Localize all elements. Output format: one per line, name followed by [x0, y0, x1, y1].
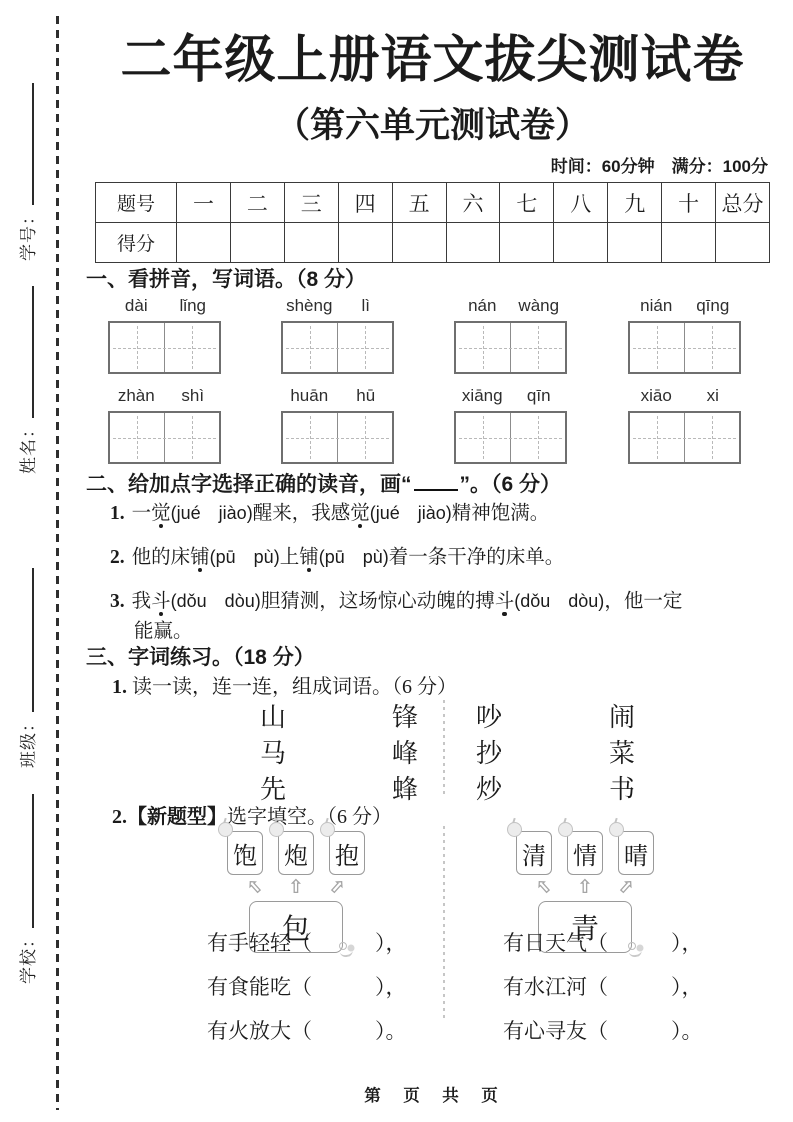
pinyin-syllable: xiāng	[454, 386, 511, 408]
balloon-icon	[507, 822, 522, 837]
emphasized-char: 觉	[151, 503, 171, 524]
option-card: 情	[567, 831, 603, 875]
new-question-type-tag: 【新题型】	[127, 806, 227, 828]
pinyin-label: niánqīng	[628, 296, 741, 318]
grid-cell	[283, 413, 338, 462]
pinyin-word-group: xiāoxi	[628, 386, 741, 464]
pinyin-label: xiāngqīn	[454, 386, 567, 408]
grid-cell	[338, 413, 392, 462]
pinyin-syllable: lì	[338, 296, 395, 318]
pinyin-options: (dǒu dòu)	[171, 591, 261, 611]
pinyin-syllable: nán	[454, 296, 511, 318]
fill-line: 有手轻轻（ ），	[207, 921, 407, 965]
score-column-header: 三	[284, 183, 338, 223]
pinyin-label: dàilǐng	[108, 296, 221, 318]
fill-in-line	[19, 83, 34, 205]
option-card: 清	[516, 831, 552, 875]
writing-grid-box	[281, 411, 394, 464]
up-arrow-icon: ⇧	[612, 875, 637, 901]
item-number: 2.	[110, 547, 125, 568]
question-item: 1.一觉(jué jiào)醒来，我感觉(jué jiào)精神饱满。	[110, 498, 762, 529]
side-label-text: 学校：	[14, 930, 39, 984]
emphasized-char: 铺	[299, 547, 319, 568]
score-column-header: 七	[500, 183, 554, 223]
pinyin-word-group: dàilǐng	[108, 296, 221, 374]
option-cards: 清情晴	[500, 831, 670, 875]
balloon-icon	[218, 822, 233, 837]
score-cell	[716, 223, 770, 263]
match-char: 炒	[472, 772, 506, 808]
pinyin-syllable: dài	[108, 296, 165, 318]
up-arrow-icon: ⇧	[577, 878, 593, 898]
item-number: 3.	[110, 591, 125, 612]
option-char: 抱	[335, 836, 359, 871]
score-cell	[338, 223, 392, 263]
section2-title: 二、给加点字选择正确的读音，画“”。（6 分）	[86, 468, 561, 498]
score-cell	[554, 223, 608, 263]
fill-sentences: 有日天气（ ），有水江河（ ），有心寻友（ ）。	[503, 921, 703, 1053]
grid-cell	[338, 323, 392, 372]
side-label-school: 学校：	[15, 794, 37, 984]
fill-in-line	[19, 794, 34, 928]
arrows-row: ⇧⇧⇧	[211, 878, 381, 898]
grid-cell	[456, 413, 511, 462]
balloon-icon	[269, 822, 284, 837]
section2-title-pre: 二、给加点字选择正确的读音，画“	[86, 473, 412, 496]
match-char: 山	[256, 700, 290, 736]
up-arrow-icon: ⇧	[243, 875, 268, 901]
fill-line: 有心寻友（ ）。	[503, 1009, 703, 1053]
section1-title: 一、看拼音，写词语。（8 分）	[86, 263, 366, 293]
match-column: 锋峰蜂	[388, 700, 422, 808]
grid-cell	[511, 413, 565, 462]
emphasized-char: 斗	[495, 591, 515, 612]
match-column: 吵抄炒	[472, 700, 506, 808]
pinyin-syllable: hū	[338, 386, 395, 408]
pinyin-word-group: huānhū	[281, 386, 394, 464]
pinyin-syllable: zhàn	[108, 386, 165, 408]
match-char: 抄	[472, 736, 506, 772]
pinyin-syllable: qīng	[685, 296, 742, 318]
balloon-icon	[609, 822, 624, 837]
writing-grid-box	[281, 321, 394, 374]
item-number: 1.	[112, 676, 127, 698]
paper-body: 二年级上册语文拔尖测试卷 （第六单元测试卷） 时间：60分钟 满分：100分 题…	[95, 0, 770, 1122]
grid-cell	[110, 323, 165, 372]
match-char: 先	[256, 772, 290, 808]
score-cell	[284, 223, 338, 263]
option-card: 抱	[329, 831, 365, 875]
score-table: 题号 一二三四五六七八九十总分 得分	[95, 182, 770, 263]
match-divider	[443, 700, 445, 794]
score-column-header: 八	[554, 183, 608, 223]
side-label-class: 班级：	[15, 568, 37, 768]
fill-line: 有水江河（ ），	[503, 965, 703, 1009]
option-char: 饱	[233, 836, 257, 871]
score-table-score-row: 得分	[96, 223, 770, 263]
pinyin-label: zhànshì	[108, 386, 221, 408]
pinyin-syllable: nián	[628, 296, 685, 318]
fill-line: 有火放大（ ）。	[207, 1009, 407, 1053]
pinyin-label: xiāoxi	[628, 386, 741, 408]
fill-in-line	[19, 568, 34, 712]
item-text: 选字填空。（6 分）	[227, 806, 392, 828]
score-column-header: 四	[338, 183, 392, 223]
pinyin-syllable: shì	[165, 386, 222, 408]
match-char: 马	[256, 736, 290, 772]
option-card: 饱	[227, 831, 263, 875]
pinyin-options: (dǒu dòu)	[514, 591, 604, 611]
option-cards: 饱炮抱	[211, 831, 381, 875]
grid-cell	[165, 323, 219, 372]
writing-grid-box	[454, 411, 567, 464]
score-cell	[446, 223, 500, 263]
pinyin-word-group: shènglì	[281, 296, 394, 374]
writing-grid-box	[454, 321, 567, 374]
fill-line: 有食能吃（ ），	[207, 965, 407, 1009]
item-number: 1.	[110, 503, 125, 524]
side-label-student-id: 学号：	[15, 83, 37, 261]
time-score-info: 时间：60分钟 满分：100分	[551, 152, 768, 177]
grid-cell	[685, 413, 739, 462]
grid-cell	[110, 413, 165, 462]
score-column-header: 一	[177, 183, 231, 223]
pinyin-options: (pū pù)	[210, 547, 280, 567]
item-text: 读一读，连一连，组成词语。（6 分）	[132, 676, 457, 698]
side-label-text: 班级：	[14, 714, 39, 768]
side-label-text: 学号：	[14, 207, 39, 261]
pinyin-options: (pū pù)	[319, 547, 389, 567]
option-card: 晴	[618, 831, 654, 875]
score-table-header-row: 题号 一二三四五六七八九十总分	[96, 183, 770, 223]
writing-grid-box	[108, 411, 221, 464]
grid-cell	[685, 323, 739, 372]
fill-sentences: 有手轻轻（ ），有食能吃（ ），有火放大（ ）。	[207, 921, 407, 1053]
match-column: 山马先	[256, 700, 290, 808]
match-column: 闹菜书	[605, 700, 639, 808]
emphasized-char: 铺	[190, 547, 210, 568]
fill-line: 有日天气（ ），	[503, 921, 703, 965]
score-column-header: 五	[392, 183, 446, 223]
match-char: 蜂	[388, 772, 422, 808]
score-table-corner: 题号	[96, 183, 177, 223]
exam-page: 学号： 姓名： 班级： 学校： 二年级上册语文拔尖测试卷 （第六单元测试卷） 时…	[0, 0, 793, 1122]
score-column-header: 二	[230, 183, 284, 223]
grid-cell	[456, 323, 511, 372]
page-subtitle: （第六单元测试卷）	[95, 98, 770, 148]
balloon-icon	[320, 822, 335, 837]
option-card: 炮	[278, 831, 314, 875]
match-char: 峰	[388, 736, 422, 772]
up-arrow-icon: ⇧	[323, 875, 348, 901]
writing-grid-box	[628, 321, 741, 374]
pinyin-word-group: zhànshì	[108, 386, 221, 464]
score-column-header: 十	[662, 183, 716, 223]
section3-item1-title: 1. 读一读，连一连，组成词语。（6 分）	[112, 670, 457, 699]
score-cell	[230, 223, 284, 263]
pinyin-syllable: lǐng	[165, 296, 222, 318]
option-char: 情	[573, 836, 597, 871]
match-char: 吵	[472, 700, 506, 736]
fill-in-line	[19, 286, 34, 418]
score-cell	[662, 223, 716, 263]
option-char: 炮	[284, 836, 308, 871]
grid-cell	[165, 413, 219, 462]
page-footer: 第 页 共 页	[95, 1082, 770, 1106]
side-label-name: 姓名：	[15, 286, 37, 474]
question-item: 2.他的床铺(pū pù)上铺(pū pù)着一条干净的床单。	[110, 542, 762, 573]
pinyin-word-group: niánqīng	[628, 296, 741, 374]
score-column-header: 六	[446, 183, 500, 223]
score-column-header: 总分	[716, 183, 770, 223]
choose-divider	[443, 826, 445, 1020]
option-char: 晴	[624, 836, 648, 871]
pinyin-label: nánwàng	[454, 296, 567, 318]
grid-cell	[630, 413, 685, 462]
item-number: 2.	[112, 806, 127, 828]
pinyin-syllable: wàng	[511, 296, 568, 318]
section2-items: 1.一觉(jué jiào)醒来，我感觉(jué jiào)精神饱满。2.他的床…	[110, 498, 762, 660]
up-arrow-icon: ⇧	[532, 875, 557, 901]
section3-title: 三、字词练习。（18 分）	[86, 641, 315, 671]
score-column-header: 九	[608, 183, 662, 223]
match-char: 锋	[388, 700, 422, 736]
balloon-icon	[558, 822, 573, 837]
question-item: 3.我斗(dǒu dòu)胆猜测，这场惊心动魄的搏斗(dǒu dòu)，他一定能…	[110, 586, 762, 647]
score-table-row-label: 得分	[96, 223, 177, 263]
pinyin-options: (jué jiào)	[171, 503, 253, 523]
up-arrow-icon: ⇧	[288, 878, 304, 898]
match-char: 菜	[605, 736, 639, 772]
pinyin-syllable: huān	[281, 386, 338, 408]
pinyin-syllable: qīn	[511, 386, 568, 408]
arrows-row: ⇧⇧⇧	[500, 878, 670, 898]
section2-title-post: ”。（6 分）	[460, 473, 562, 496]
margin-dashed-line	[56, 16, 59, 1110]
pinyin-syllable: xi	[685, 386, 742, 408]
score-cell	[177, 223, 231, 263]
grid-cell	[630, 323, 685, 372]
answer-blank	[414, 475, 458, 491]
pinyin-label: huānhū	[281, 386, 394, 408]
emphasized-char: 觉	[350, 503, 370, 524]
match-char: 书	[605, 772, 639, 808]
page-title: 二年级上册语文拔尖测试卷	[95, 18, 770, 92]
pinyin-word-group: xiāngqīn	[454, 386, 567, 464]
writing-grid-box	[628, 411, 741, 464]
score-cell	[392, 223, 446, 263]
pinyin-syllable: shèng	[281, 296, 338, 318]
grid-cell	[511, 323, 565, 372]
emphasized-char: 斗	[151, 591, 171, 612]
pinyin-word-group: nánwàng	[454, 296, 567, 374]
pinyin-syllable: xiāo	[628, 386, 685, 408]
pinyin-options: (jué jiào)	[370, 503, 452, 523]
match-char: 闹	[605, 700, 639, 736]
score-cell	[500, 223, 554, 263]
grid-cell	[283, 323, 338, 372]
section3-item2-title: 2.【新题型】选字填空。（6 分）	[112, 800, 392, 829]
option-char: 清	[522, 836, 546, 871]
side-label-text: 姓名：	[14, 420, 39, 474]
score-cell	[608, 223, 662, 263]
writing-grid-box	[108, 321, 221, 374]
pinyin-label: shènglì	[281, 296, 394, 318]
